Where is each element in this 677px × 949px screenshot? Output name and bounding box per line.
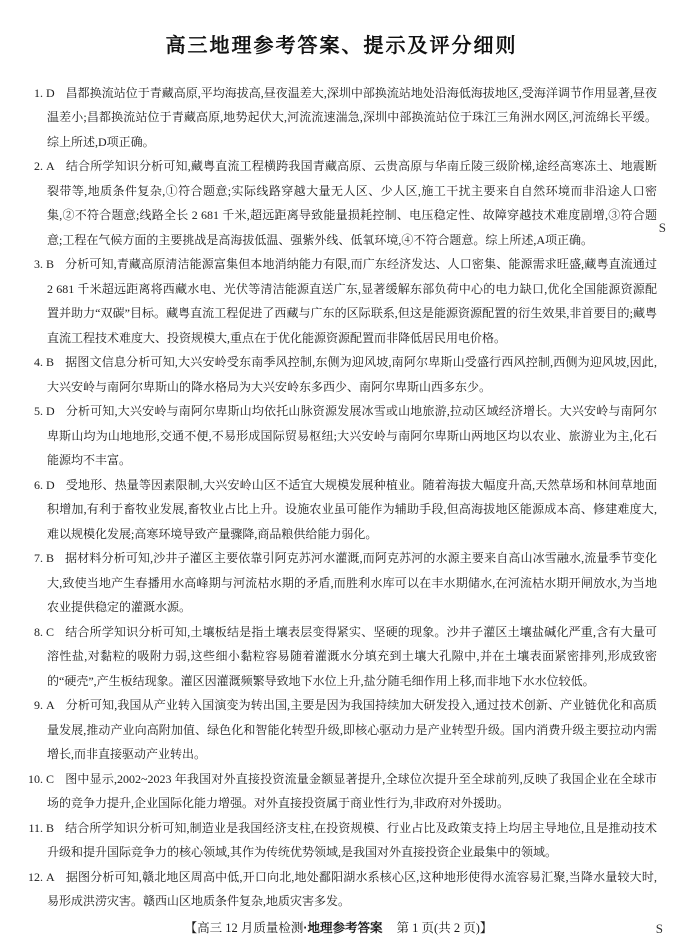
answer-text: 图中显示,2002~2023 年我国对外直接投资流量金额显著提升,全球位次提升至… bbox=[47, 772, 657, 811]
answer-text: 结合所学知识分析可知,制造业是我国经济支柱,在投资规模、行业占比及政策支持上均居… bbox=[47, 821, 657, 860]
answer-sheet-page: 高三地理参考答案、提示及评分细则 S 1.D昌都换流站位于青藏高原,平均海拔高,… bbox=[0, 0, 677, 949]
footer-caption: 【高三 12 月质量检测·地理参考答案第 1 页(共 2 页)】 bbox=[0, 916, 677, 941]
answer-choice: B bbox=[46, 821, 54, 835]
answer-choice: C bbox=[46, 625, 54, 639]
answer-choice: A bbox=[46, 870, 55, 884]
footer-page-info: 第 1 页(共 2 页)】 bbox=[397, 921, 493, 935]
answer-number: 3. bbox=[26, 252, 43, 277]
answer-text: 据材料分析可知,沙井子灌区主要依靠引阿克苏河水灌溉,而阿克苏河的水源主要来自高山… bbox=[47, 551, 657, 614]
answer-number: 10. bbox=[26, 767, 43, 792]
answer-choice: B bbox=[46, 551, 54, 565]
paper-version-code-margin: S bbox=[659, 216, 666, 241]
footer-subject: ·地理参考答案 bbox=[303, 921, 382, 935]
footer-exam-name: 【高三 12 月质量检测 bbox=[185, 921, 304, 935]
answer-choice: B bbox=[46, 257, 54, 271]
answer-number: 11. bbox=[26, 816, 43, 841]
answer-item: 7.B据材料分析可知,沙井子灌区主要依靠引阿克苏河水灌溉,而阿克苏河的水源主要来… bbox=[47, 546, 657, 620]
answer-list: 1.D昌都换流站位于青藏高原,平均海拔高,昼夜温差大,深圳中部换流站地处沿海低海… bbox=[26, 81, 657, 914]
answer-item: 4.B据图文信息分析可知,大兴安岭受东南季风控制,东侧为迎风坡,南阿尔卑斯山受盛… bbox=[47, 350, 657, 399]
page-footer: 【高三 12 月质量检测·地理参考答案第 1 页(共 2 页)】 S bbox=[0, 916, 677, 941]
answer-text: 分析可知,我国从产业转入国演变为转出国,主要是因为我国持续加大研发投入,通过技术… bbox=[47, 698, 657, 761]
answer-number: 6. bbox=[26, 473, 43, 498]
answer-number: 9. bbox=[26, 693, 43, 718]
answer-number: 1. bbox=[26, 81, 43, 106]
answer-choice: A bbox=[46, 698, 55, 712]
answer-text: 结合所学知识分析可知,藏粤直流工程横跨我国青藏高原、云贵高原与华南丘陵三级阶梯,… bbox=[47, 159, 657, 247]
answer-text: 昌都换流站位于青藏高原,平均海拔高,昼夜温差大,深圳中部换流站地处沿海低海拔地区… bbox=[47, 86, 657, 149]
answer-item: 5.D分析可知,大兴安岭与南阿尔卑斯山均依托山脉资源发展冰雪或山地旅游,拉动区域… bbox=[47, 399, 657, 473]
answer-item: 2.A结合所学知识分析可知,藏粤直流工程横跨我国青藏高原、云贵高原与华南丘陵三级… bbox=[47, 154, 657, 252]
answer-item: 12.A据图分析可知,赣北地区周高中低,开口向北,地处鄱阳湖水系核心区,这种地形… bbox=[47, 865, 657, 914]
answer-text: 分析可知,青藏高原清洁能源富集但本地消纳能力有限,而广东经济发达、人口密集、能源… bbox=[47, 257, 657, 345]
answer-choice: A bbox=[46, 159, 55, 173]
page: { "document": { "title": "高三地理参考答案、提示及评分… bbox=[0, 0, 677, 949]
answer-number: 12. bbox=[26, 865, 43, 890]
answer-choice: D bbox=[46, 404, 55, 418]
answer-number: 4. bbox=[26, 350, 43, 375]
answer-item: 11.B结合所学知识分析可知,制造业是我国经济支柱,在投资规模、行业占比及政策支… bbox=[47, 816, 657, 865]
answer-number: 2. bbox=[26, 154, 43, 179]
answer-item: 9.A分析可知,我国从产业转入国演变为转出国,主要是因为我国持续加大研发投入,通… bbox=[47, 693, 657, 767]
answer-choice: D bbox=[46, 478, 55, 492]
answer-text: 结合所学知识分析可知,土壤板结是指土壤表层变得紧实、坚硬的现象。沙井子灌区土壤盐… bbox=[47, 625, 657, 688]
answer-choice: D bbox=[46, 86, 55, 100]
answer-item: 10.C图中显示,2002~2023 年我国对外直接投资流量金额显著提升,全球位… bbox=[47, 767, 657, 816]
answer-text: 分析可知,大兴安岭与南阿尔卑斯山均依托山脉资源发展冰雪或山地旅游,拉动区域经济增… bbox=[47, 404, 657, 467]
answer-item: 6.D受地形、热量等因素限制,大兴安岭山区不适宜大规模发展种植业。随着海拔大幅度… bbox=[47, 473, 657, 547]
answer-item: 3.B分析可知,青藏高原清洁能源富集但本地消纳能力有限,而广东经济发达、人口密集… bbox=[47, 252, 657, 350]
answer-number: 7. bbox=[26, 546, 43, 571]
paper-version-code-footer: S bbox=[656, 916, 663, 941]
answer-text: 据图分析可知,赣北地区周高中低,开口向北,地处鄱阳湖水系核心区,这种地形使得水流… bbox=[47, 870, 657, 909]
answer-text: 据图文信息分析可知,大兴安岭受东南季风控制,东侧为迎风坡,南阿尔卑斯山受盛行西风… bbox=[47, 355, 657, 394]
answer-item: 8.C结合所学知识分析可知,土壤板结是指土壤表层变得紧实、坚硬的现象。沙井子灌区… bbox=[47, 620, 657, 694]
answer-text: 受地形、热量等因素限制,大兴安岭山区不适宜大规模发展种植业。随着海拔大幅度升高,… bbox=[47, 478, 657, 541]
answer-choice: B bbox=[46, 355, 54, 369]
page-title: 高三地理参考答案、提示及评分细则 bbox=[26, 34, 657, 59]
answer-choice: C bbox=[46, 772, 54, 786]
answer-number: 8. bbox=[26, 620, 43, 645]
answer-item: 1.D昌都换流站位于青藏高原,平均海拔高,昼夜温差大,深圳中部换流站地处沿海低海… bbox=[47, 81, 657, 155]
answer-number: 5. bbox=[26, 399, 43, 424]
